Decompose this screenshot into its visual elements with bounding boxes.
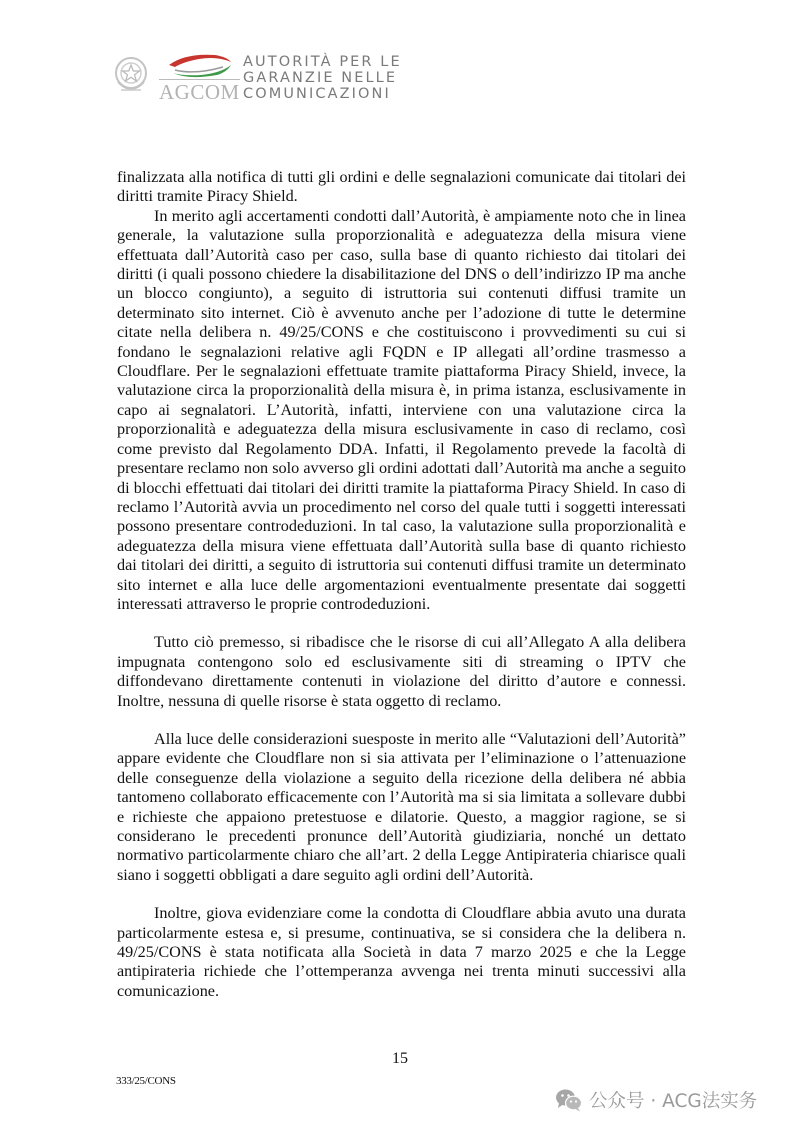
agcom-header: AGCOM AUTORITÀ PER LE GARANZIE NELLE COM… — [113, 44, 402, 106]
wechat-watermark: 公众号 · ACG法实务 — [555, 1087, 757, 1113]
paragraph-continuation: finalizzata alla notifica di tutti gli o… — [117, 168, 686, 207]
wechat-icon — [555, 1088, 583, 1112]
authority-line-3: COMUNICAZIONI — [243, 86, 402, 102]
italian-republic-emblem-icon — [113, 53, 149, 97]
authority-line-1: AUTORITÀ PER LE — [243, 54, 402, 70]
authority-name: AUTORITÀ PER LE GARANZIE NELLE COMUNICAZ… — [243, 54, 402, 102]
paragraph-duration: Inoltre, giova evidenziare come la condo… — [117, 904, 686, 1001]
agcom-abbr: AGCOM — [159, 79, 240, 103]
document-body: finalizzata alla notifica di tutti gli o… — [117, 168, 686, 1001]
paragraph-annex-resources: Tutto ciò premesso, si ribadisce che le … — [117, 633, 686, 711]
agcom-logo: AGCOM — [159, 47, 241, 103]
authority-line-2: GARANZIE NELLE — [243, 70, 402, 86]
document-reference: 333/25/CONS — [116, 1075, 176, 1087]
page-number: 15 — [0, 1050, 800, 1068]
paragraph-cloudflare-conduct: Alla luce delle considerazioni suesposte… — [117, 730, 686, 885]
watermark-text: 公众号 · ACG法实务 — [589, 1087, 757, 1113]
paragraph-proportionality: In merito agli accertamenti condotti dal… — [117, 207, 686, 615]
